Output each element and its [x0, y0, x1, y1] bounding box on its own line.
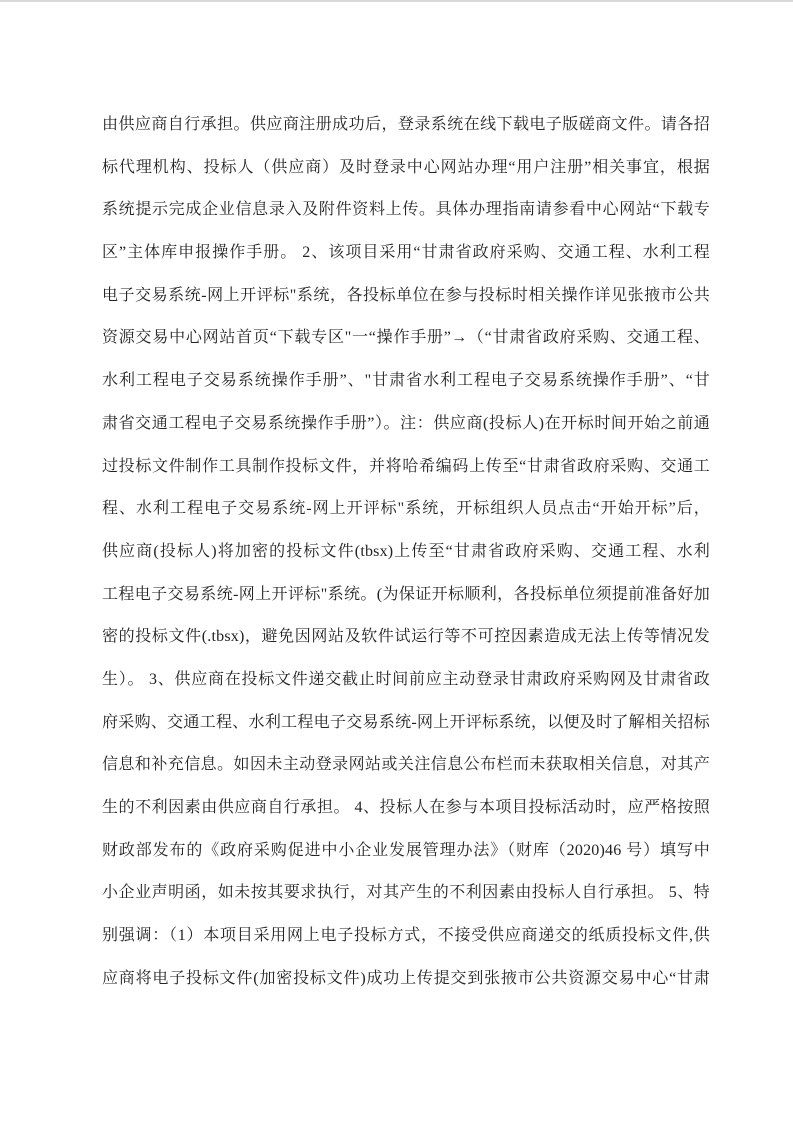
page-top-edge-line — [0, 0, 793, 2]
text-line: 供应商(投标人)将加密的投标文件(tbsx)上传至“甘肃省政府采购、交通工程、水… — [102, 531, 710, 574]
text-line: 生的不利因素由供应商自行承担。 4、投标人在参与本项目投标活动时，应严格按照 — [102, 787, 710, 830]
document-page: 由供应商自行承担。供应商注册成功后，登录系统在线下载电子版磋商文件。请各招标代理… — [0, 0, 793, 1122]
text-line: 应商将电子投标文件(加密投标文件)成功上传提交到张掖市公共资源交易中心“甘肃 — [102, 958, 710, 1001]
text-line: 小企业声明函，如未按其要求执行，对其产生的不利因素由投标人自行承担。 5、特 — [102, 872, 710, 915]
text-line: 水利工程电子交易系统操作手册”、"甘肃省水利工程电子交易系统操作手册”、“甘 — [102, 360, 710, 403]
text-line: 财政部发布的《政府采购促进中小企业发展管理办法》（财库（2020)46 号）填写… — [102, 830, 710, 873]
text-line: 电子交易系统-网上开评标"系统，各投标单位在参与投标时相关操作详见张掖市公共 — [102, 275, 710, 318]
text-line: 过投标文件制作工具制作投标文件，并将哈希编码上传至“甘肃省政府采购、交通工 — [102, 446, 710, 489]
text-line: 别强调：（1）本项目采用网上电子投标方式，不接受供应商递交的纸质投标文件,供 — [102, 915, 710, 958]
text-line: 信息和补充信息。如因未主动登录网站或关注信息公布栏而未获取相关信息，对其产 — [102, 744, 710, 787]
text-line: 程、水利工程电子交易系统-网上开评标"系统，开标组织人员点击“开始开标”后， — [102, 488, 710, 531]
text-line: 府采购、交通工程、水利工程电子交易系统-网上开评标系统，以便及时了解相关招标 — [102, 702, 710, 745]
text-line: 密的投标文件(.tbsx)，避免因网站及软件试运行等不可控因素造成无法上传等情况… — [102, 616, 710, 659]
text-line: 由供应商自行承担。供应商注册成功后，登录系统在线下载电子版磋商文件。请各招 — [102, 104, 710, 147]
document-text-block: 由供应商自行承担。供应商注册成功后，登录系统在线下载电子版磋商文件。请各招标代理… — [102, 104, 710, 1000]
text-line: 标代理机构、投标人（供应商）及时登录中心网站办理“用户注册”相关事宜，根据 — [102, 147, 710, 190]
text-line: 生）。 3、供应商在投标文件递交截止时间前应主动登录甘肃政府采购网及甘肃省政 — [102, 659, 710, 702]
text-line: 肃省交通工程电子交易系统操作手册”）。注：供应商(投标人)在开标时间开始之前通 — [102, 403, 710, 446]
text-line: 资源交易中心网站首页“下载专区"一“操作手册”→（“甘肃省政府采购、交通工程、 — [102, 317, 710, 360]
text-line: 区”主体库申报操作手册。 2、该项目采用“甘肃省政府采购、交通工程、水利工程 — [102, 232, 710, 275]
text-line: 工程电子交易系统-网上开评标"系统。(为保证开标顺利，各投标单位须提前准备好加 — [102, 574, 710, 617]
text-line: 系统提示完成企业信息录入及附件资料上传。具体办理指南请参看中心网站“下载专 — [102, 189, 710, 232]
